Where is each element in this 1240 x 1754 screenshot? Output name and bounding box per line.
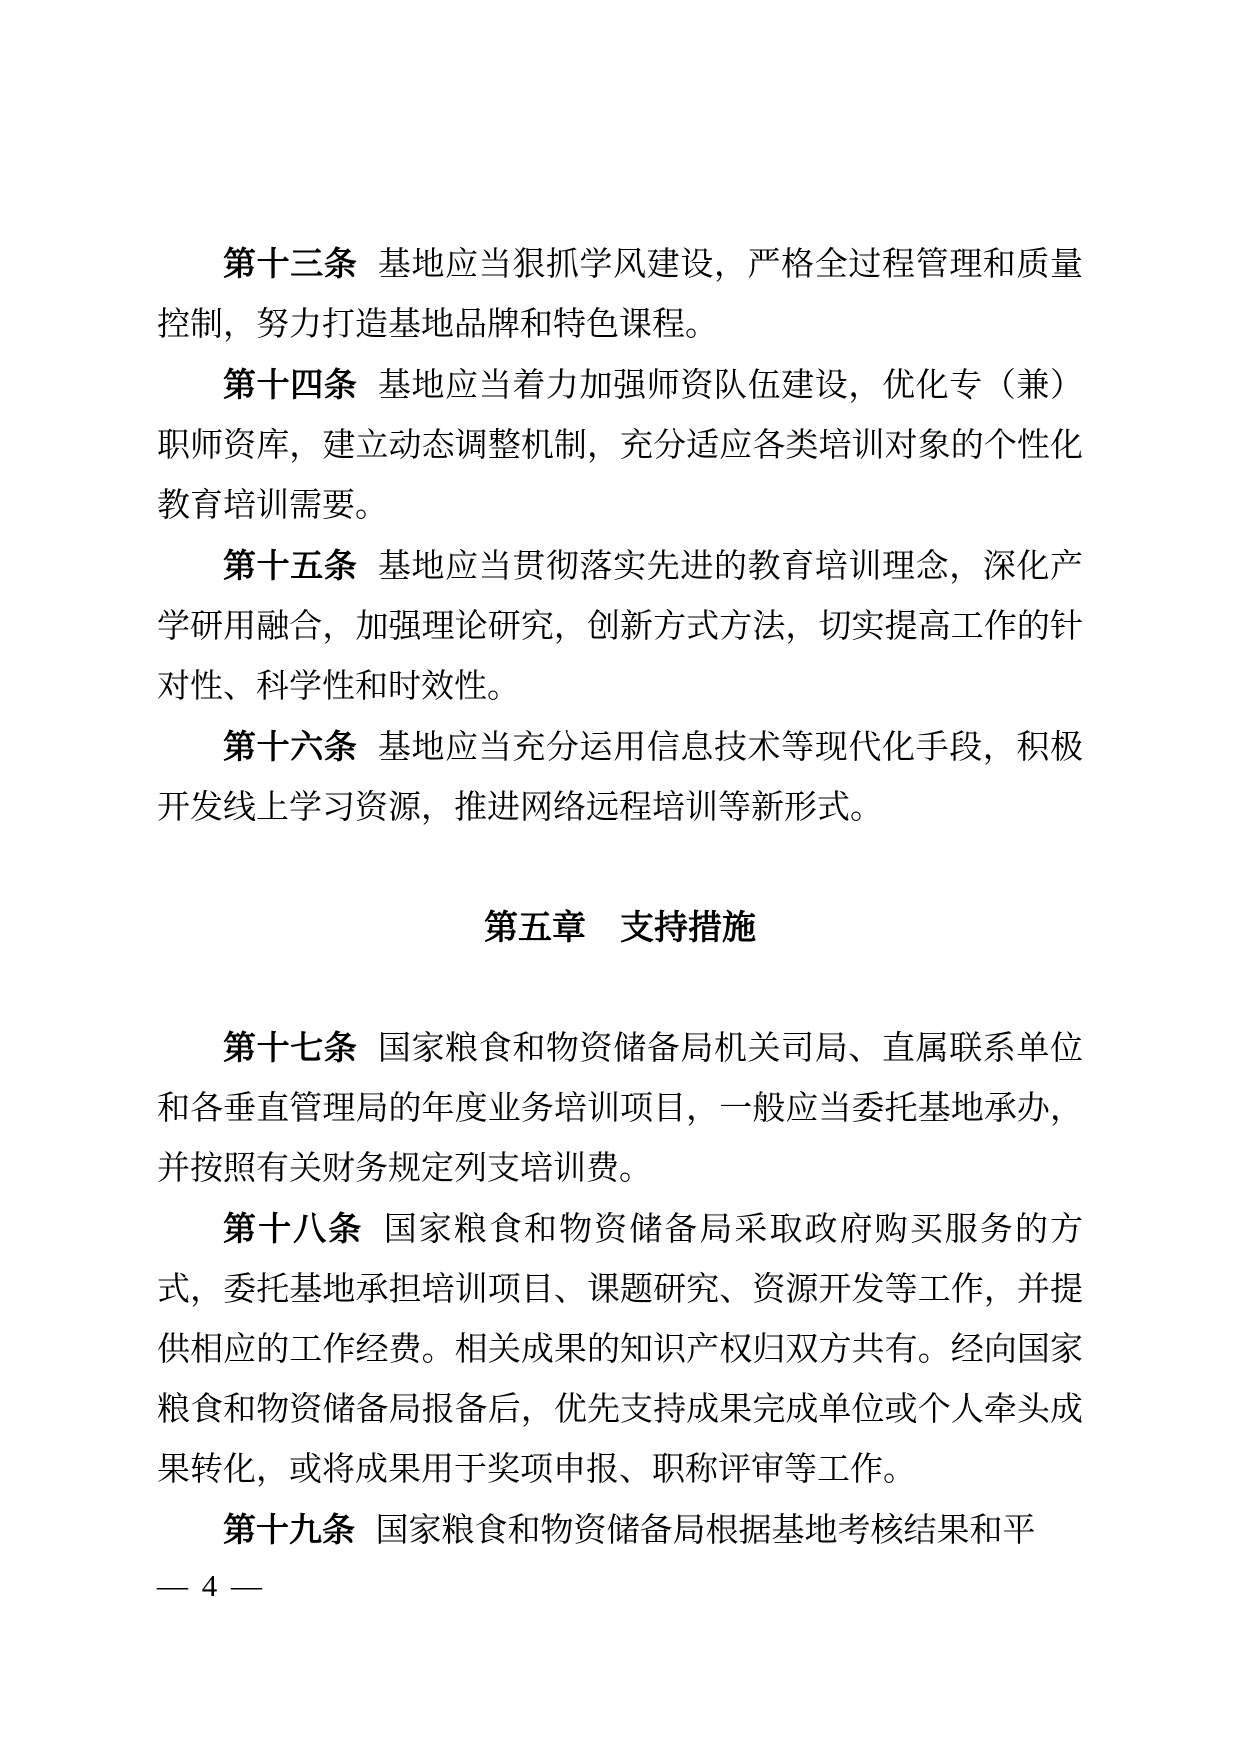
article-text: 国家粮食和物资储备局根据基地考核结果和平 bbox=[375, 1513, 1035, 1549]
article-number: 第十九条 bbox=[223, 1511, 355, 1548]
chapter-title: 支持措施 bbox=[620, 909, 756, 947]
article-paragraph: 第十八条国家粮食和物资储备局采取政府购买服务的方式，委托基地承担培训项目、课题研… bbox=[157, 1199, 1083, 1500]
chapter-number: 第五章 bbox=[484, 909, 586, 947]
article-number: 第十七条 bbox=[223, 1029, 357, 1066]
article-number: 第十六条 bbox=[223, 728, 357, 765]
article-number: 第十四条 bbox=[223, 366, 357, 403]
article-paragraph: 第十九条国家粮食和物资储备局根据基地考核结果和平 bbox=[157, 1500, 1083, 1561]
article-paragraph: 第十三条基地应当狠抓学风建设，严格全过程管理和质量控制，努力打造基地品牌和特色课… bbox=[157, 234, 1083, 355]
article-paragraph: 第十四条基地应当着力加强师资队伍建设，优化专（兼）职师资库，建立动态调整机制，充… bbox=[157, 355, 1083, 536]
article-paragraph: 第十七条国家粮食和物资储备局机关司局、直属联系单位和各垂直管理局的年度业务培训项… bbox=[157, 1018, 1083, 1199]
article-number: 第十三条 bbox=[223, 245, 357, 282]
document-body: 第十三条基地应当狠抓学风建设，严格全过程管理和质量控制，努力打造基地品牌和特色课… bbox=[157, 234, 1083, 1561]
chapter-heading: 第五章支持措施 bbox=[157, 898, 1083, 958]
article-paragraph: 第十六条基地应当充分运用信息技术等现代化手段，积极开发线上学习资源，推进网络远程… bbox=[157, 717, 1083, 838]
article-paragraph: 第十五条基地应当贯彻落实先进的教育培训理念，深化产学研用融合，加强理论研究，创新… bbox=[157, 536, 1083, 717]
article-text: 国家粮食和物资储备局采取政府购买服务的方式，委托基地承担培训项目、课题研究、资源… bbox=[157, 1212, 1083, 1488]
article-number: 第十八条 bbox=[223, 1210, 363, 1247]
page-number: — 4 — bbox=[157, 1566, 262, 1606]
article-number: 第十五条 bbox=[223, 547, 357, 584]
document-page: 第十三条基地应当狠抓学风建设，严格全过程管理和质量控制，努力打造基地品牌和特色课… bbox=[0, 0, 1240, 1754]
